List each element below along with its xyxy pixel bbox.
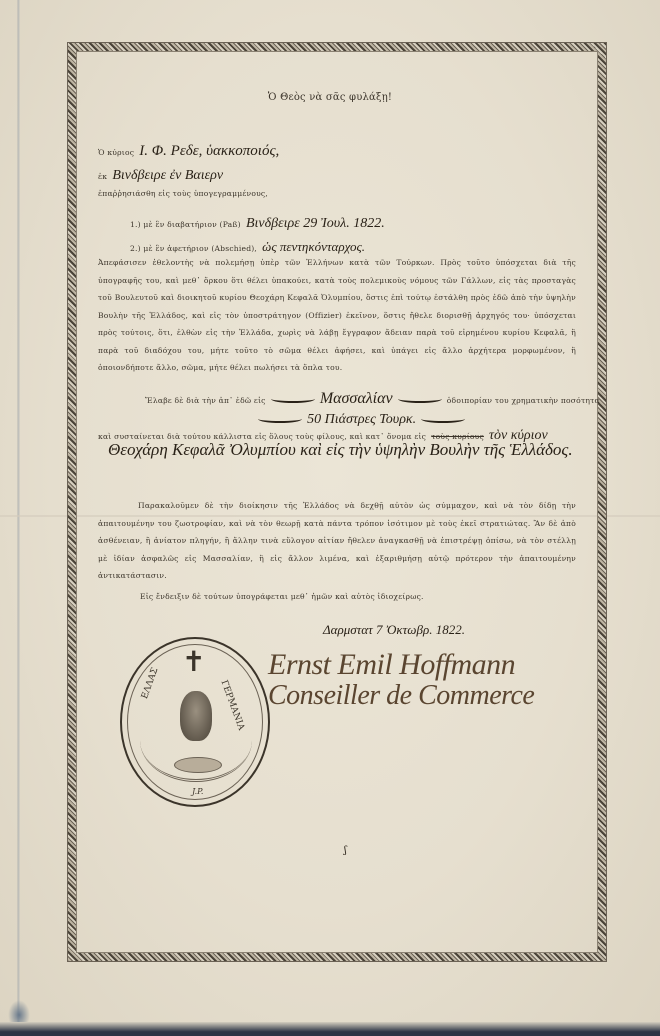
destination-handwritten: Μασσαλίαν [320,390,393,407]
stray-ink-mark: ʃ [344,845,347,856]
item-discharge-label: 2.) μὲ ἓν ἀφετήριον (Abschied), [130,244,257,253]
flourish-icon [271,395,315,403]
flourish-icon [258,415,302,423]
item-passport: 1.) μὲ ἓν διαβατήριον (Paß) Βινδβειρε 29… [130,212,385,232]
item-discharge-handwritten: ὡς πεντηκόνταρχος. [262,239,365,254]
place-date-handwritten: Δαρμστατ 7 Ὀκτωβρ. 1822. [323,622,465,638]
intro-line-2: ἐκ Βινδβειρε ἐν Βαιερν [98,164,223,184]
travel-text-1: Ἔλαβε δὲ διὰ τὴν ἀπ᾽ ἐδῶ εἰς [145,396,266,405]
item-passport-handwritten: Βινδβειρε 29 Ἰουλ. 1822. [246,216,385,231]
travel-line-1: Ἔλαβε δὲ διὰ τὴν ἀπ᾽ ἐδῶ εἰς Μασσαλίαν ὁ… [145,388,600,408]
paragraph-oath: Ἀπεφάσισεν ἐθελοντὴς νὰ πολεμήσῃ ὑπὲρ τῶ… [98,254,576,377]
intro-line-1: Ὁ κύριος Ι. Φ. Ρεδε, ὑακκοποιός, [98,140,279,160]
item-discharge: 2.) μὲ ἓν ἀφετήριον (Abschied), ὡς πεντη… [130,236,365,255]
owl-icon [180,691,212,741]
flourish-icon [398,395,442,403]
origin-handwritten: Βινδβειρε ἐν Βαιερν [112,168,223,183]
item-passport-label: 1.) μὲ ἓν διαβατήριον (Paß) [130,220,241,229]
recipient-handwritten-2: Θεοχάρη Κεφαλᾶ Ὀλυμπίου καὶ εἰς τὴν ὑψηλ… [108,440,573,460]
paragraph-request: Παρακαλοῦμεν δὲ τὴν διοίκησιν τῆς Ἑλλάδο… [98,497,576,585]
seal-emblem: ✝ ΕΛΛΑΣ ΓΕΡΜΑΝΙΑ J.P. [120,637,270,807]
cross-icon: ✝ [182,645,205,678]
signature-name: Ernst Emil Hoffmann [268,648,515,682]
handshake-icon [174,757,222,773]
signature-title: Conseiller de Commerce [268,680,534,712]
intro-label-mr: Ὁ κύριος [98,148,134,157]
intro-line-3: ἐπαῤῥησιάσθη εἰς τοὺς ὑπογεγραμμένους, [98,189,268,198]
seal-maker-mark: J.P. [192,787,203,796]
person-name-handwritten: Ι. Φ. Ρεδε, ὑακκοποιός, [139,143,279,159]
paper-fold-vertical [17,0,20,1036]
paper-bottom-edge [0,1022,660,1036]
intro-label-from: ἐκ [98,172,107,181]
flourish-icon [421,415,465,423]
document-heading: Ὁ Θεὸς νὰ σᾶς φυλάξῃ! [0,92,660,103]
travel-text-2: ὁδοιπορίαν του χρηματικὴν ποσότητα [447,396,600,405]
closing-statement: Εἰς ἔνδειξιν δὲ τούτων ὑπογράφεται μεθ᾽ … [140,592,424,601]
